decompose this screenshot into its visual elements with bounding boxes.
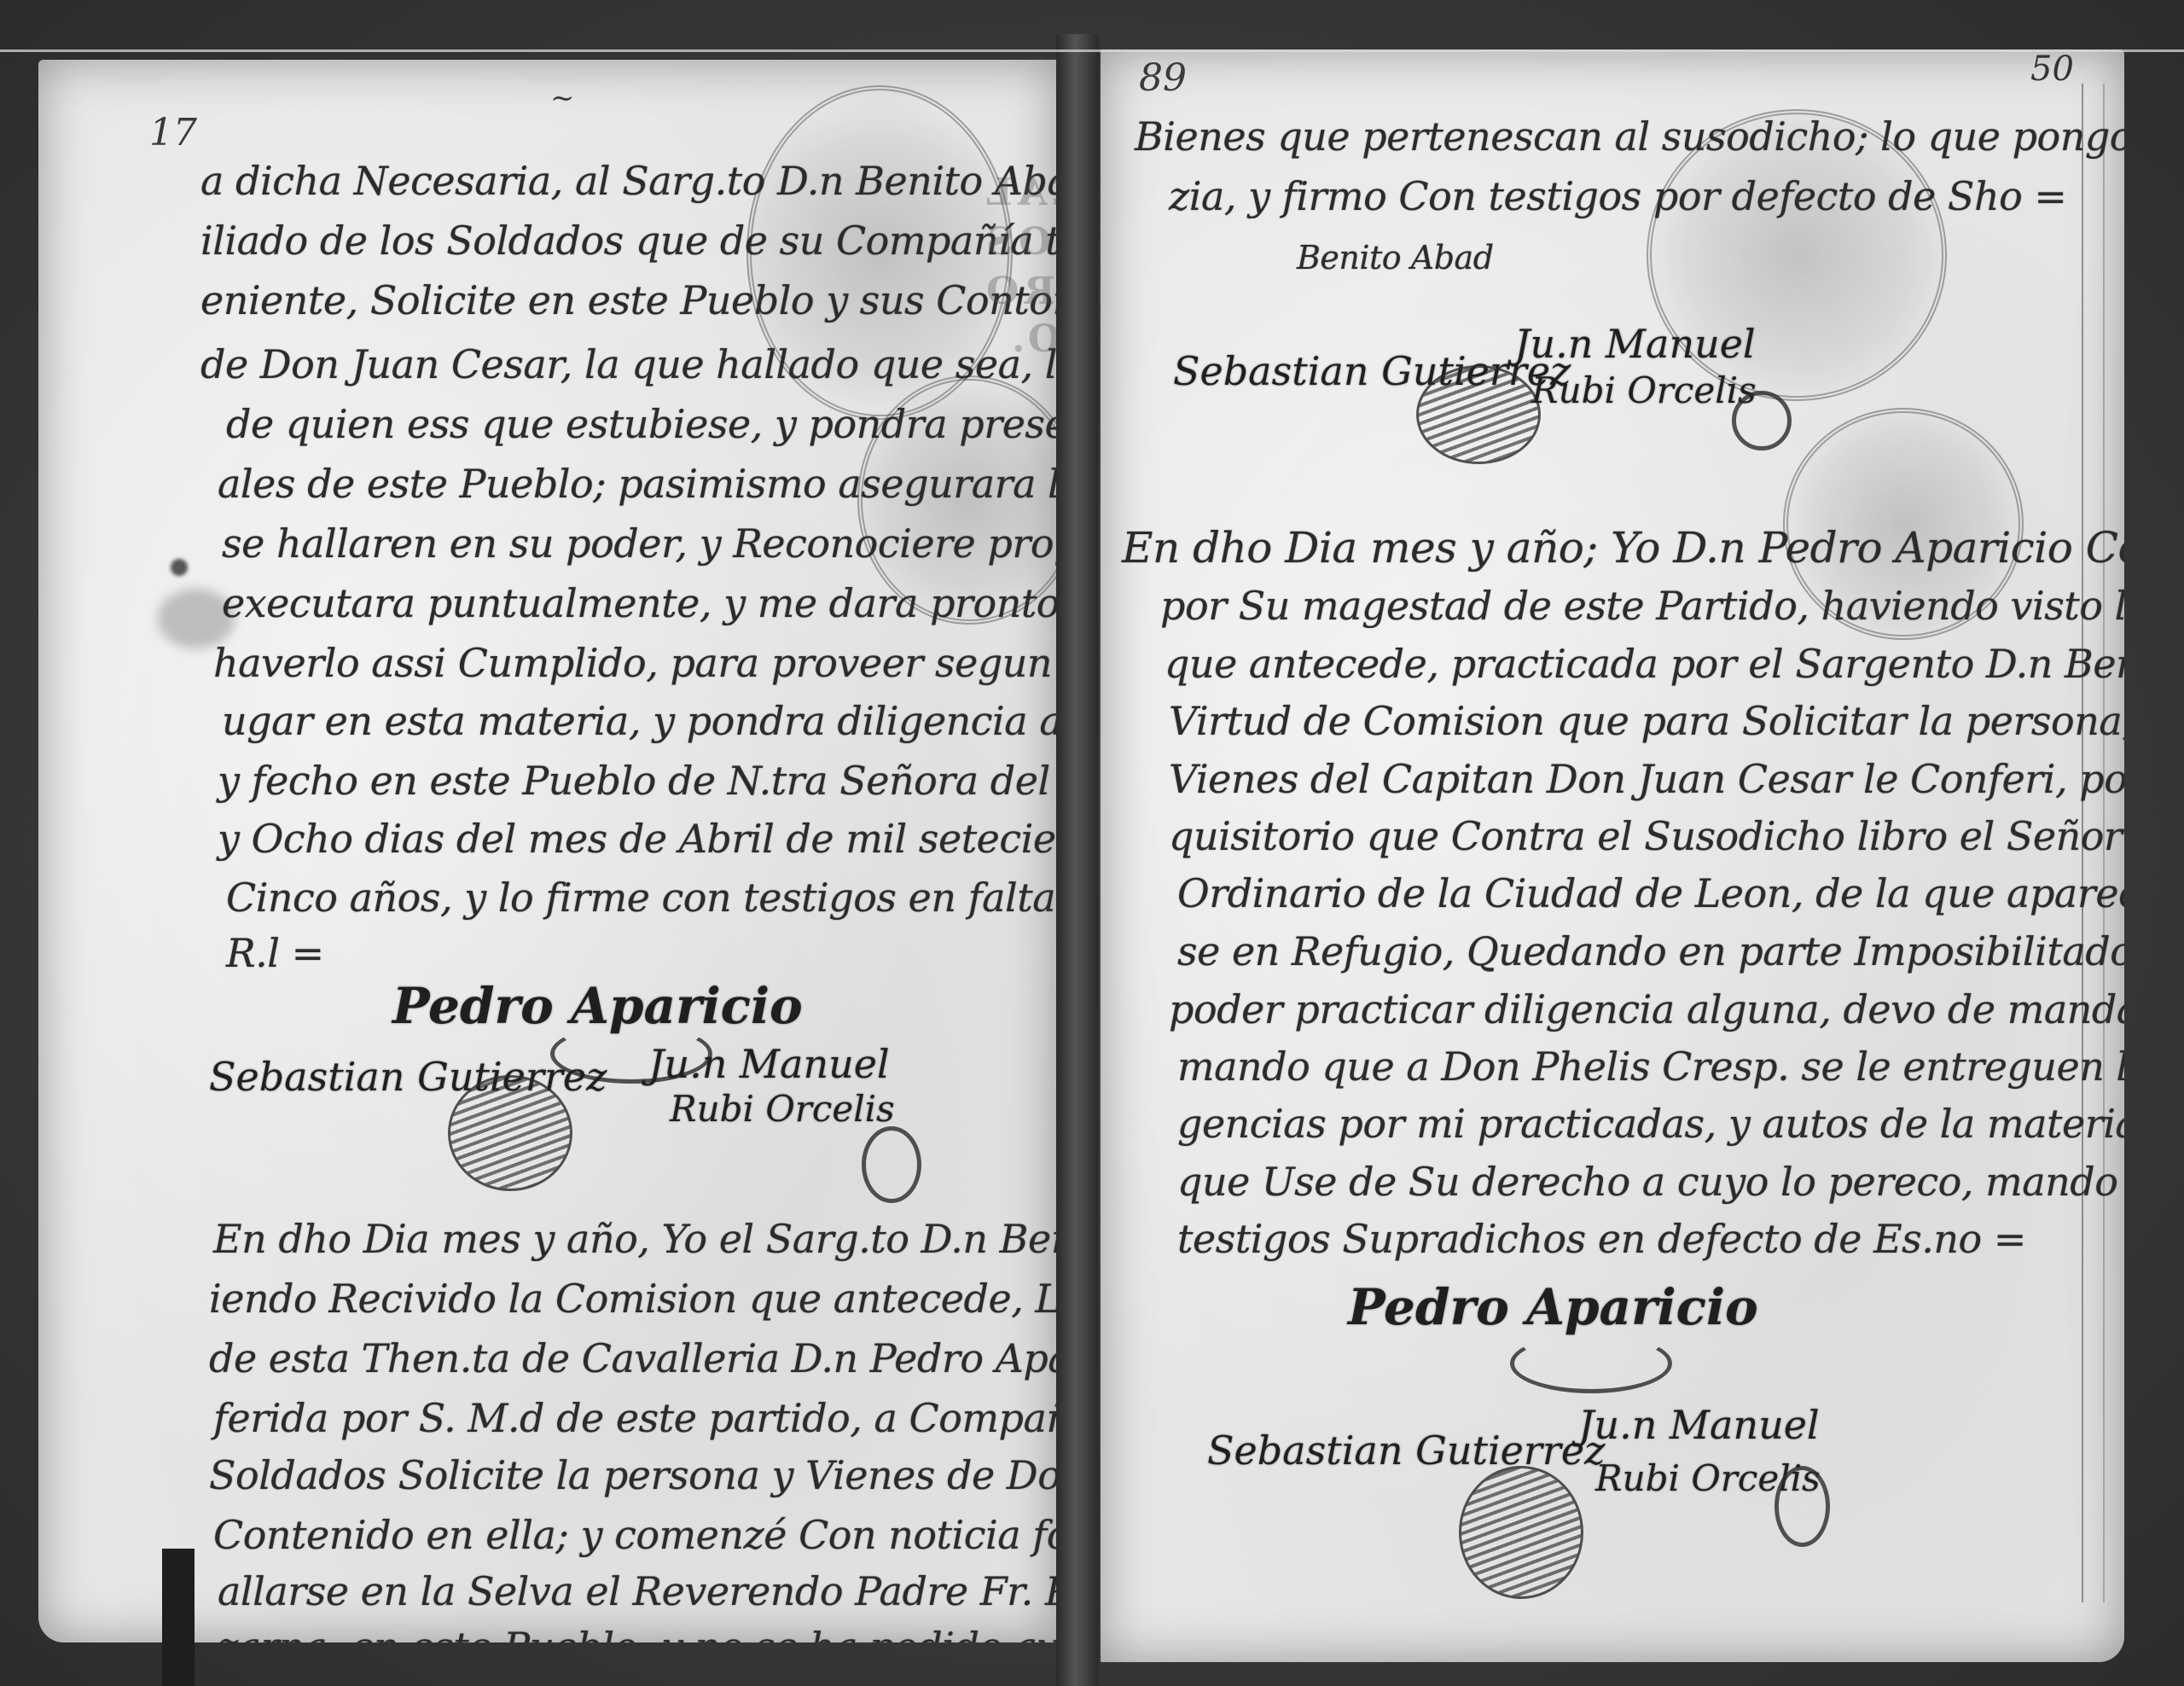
manuscript-line: En dho Dia mes y año, Yo el Sarg.to D.n … — [213, 1216, 1058, 1262]
manuscript-line: Soldados Solicite la persona y Vienes de… — [209, 1452, 1058, 1498]
manuscript-line: que antecede, practicada por el Sargento… — [1165, 641, 2124, 687]
signature-rubric — [1732, 391, 1792, 451]
manuscript-line: ugar en esta materia, y pondra diligenci… — [222, 698, 1058, 744]
manuscript-line: iliado de los Soldados que de su Compañí… — [200, 218, 1058, 264]
manuscript-line: se hallaren en su poder, y Reconociere p… — [222, 520, 1058, 567]
signature-rubric — [448, 1075, 572, 1191]
manuscript-line: gencias por mi practicadas, y autos de l… — [1177, 1101, 2124, 1147]
signature-rubric — [1774, 1466, 1830, 1547]
right-page: 89 50 Bienes que pertenescan al susodich… — [1101, 49, 2124, 1662]
manuscript-line: eniente, Solicite en este Pueblo y sus C… — [200, 277, 1058, 323]
manuscript-line: Contenido en ella; y comenzé Con noticia… — [213, 1512, 1058, 1558]
manuscript-line: zarna, en este Pueblo, y no se ha podido… — [218, 1624, 1058, 1642]
signature-sebastian-gutierrez: Sebastian Gutierrez — [1207, 1427, 1605, 1474]
manuscript-line: Vienes del Capitan Don Juan Cesar le Con… — [1169, 756, 2124, 802]
signature-juan-manuel: Ju.n Manuel — [1578, 1402, 1820, 1448]
book-gutter — [1056, 34, 1099, 1686]
left-page: 17 ~ a dicha Necesaria, al Sarg.to D.n B… — [38, 60, 1058, 1642]
manuscript-line: allarse en la Selva el Reverendo Padre F… — [218, 1568, 1058, 1614]
manuscript-line: de quien ess que estubiese, y pondra pre… — [226, 401, 1058, 447]
signature-juan-manuel: Ju.n Manuel — [1514, 321, 1756, 367]
manuscript-line: ferida por S. M.d de este partido, a Com… — [213, 1395, 1058, 1441]
signature-pedro-aparicio: Pedro Aparicio — [1348, 1278, 1758, 1336]
manuscript-line: quisitorio que Contra el Susodicho libro… — [1169, 813, 2124, 859]
manuscript-line: de esta Then.ta de Cavalleria D.n Pedro … — [209, 1335, 1058, 1381]
manuscript-line: Benito Abad — [1297, 239, 1494, 276]
manuscript-line: haverlo assi Cumplido, para proveer segu… — [213, 640, 1058, 686]
manuscript-line: ales de este Pueblo; pasimismo asegurara… — [218, 461, 1058, 507]
manuscript-line: se en Refugio, Quedando en parte Imposib… — [1177, 928, 2124, 974]
manuscript-line: zia, y firmo Con testigos por defecto de… — [1169, 173, 2066, 219]
margin-flourish: ~ — [550, 81, 575, 115]
manuscript-line: executara puntualmente, y me dara pronto… — [222, 580, 1058, 626]
manuscript-line: a dicha Necesaria, al Sarg.to D.n Benito… — [200, 158, 1058, 204]
manuscript-line: poder practicar diligencia alguna, devo … — [1169, 986, 2124, 1032]
binding-clip — [162, 1549, 195, 1686]
manuscript-line: En dho Dia mes y año; Yo D.n Pedro Apari… — [1122, 523, 2124, 573]
manuscript-line: de Don Juan Cesar, la que hallado que se… — [200, 341, 1058, 387]
scan-artifact-line — [0, 49, 2184, 52]
manuscript-line: R.l = — [226, 930, 324, 976]
manuscript-line: que Use de Su derecho a cuyo lo pereco, … — [1177, 1159, 2124, 1205]
signature-rubric — [1510, 1334, 1672, 1393]
signature-juan-manuel: Ju.n Manuel — [648, 1041, 890, 1087]
manuscript-line: testigos Supradichos en defecto de Es.no… — [1177, 1216, 2026, 1262]
signature-rubric — [1459, 1466, 1583, 1599]
signature-rubric — [862, 1126, 921, 1203]
margin-mark: 17 — [149, 111, 197, 154]
manuscript-line: Ordinario de la Ciudad de Leon, de la qu… — [1177, 870, 2124, 916]
manuscript-line: Bienes que pertenescan al susodicho; lo … — [1135, 113, 2124, 160]
manuscript-line: y Ocho dias del mes de Abril de mil sete… — [218, 816, 1058, 862]
manuscript-line: por Su magestad de este Partido, haviend… — [1160, 583, 2124, 629]
ink-smudge — [171, 559, 188, 576]
folio-number: 50 — [2030, 49, 2074, 89]
manuscript-line: iendo Recivido la Comision que antecede,… — [209, 1276, 1058, 1322]
manuscript-line: y fecho en este Pueblo de N.tra Señora d… — [218, 758, 1058, 804]
signature-rubi-orcelis: Rubi Orcelis — [1531, 369, 1757, 411]
signature-rubi-orcelis: Rubi Orcelis — [670, 1088, 895, 1130]
signature-rubric — [1416, 365, 1541, 464]
manuscript-line: Virtud de Comision que para Solicitar la… — [1169, 698, 2124, 744]
manuscript-line: Cinco años, y lo firme con testigos en f… — [226, 875, 1058, 921]
margin-mark: 89 — [1139, 56, 1187, 100]
manuscript-line: mando que a Don Phelis Cresp. se le entr… — [1177, 1044, 2124, 1090]
